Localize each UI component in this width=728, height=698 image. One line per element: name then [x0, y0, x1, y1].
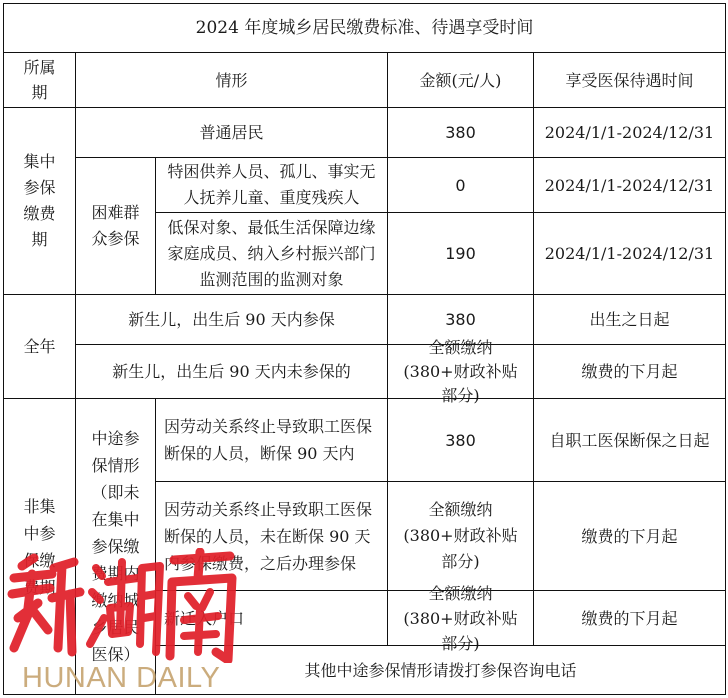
benefit-low-income: 2024/1/1-2024/12/31 — [533, 212, 726, 295]
situation-text: 因劳动关系终止导致职工医保断保的人员，断保 90 天内 — [164, 413, 382, 467]
situation-special-support: 特困供养人员、孤儿、事实无人抚养儿童、重度残疾人 — [155, 157, 388, 213]
period-full-year: 全年 — [3, 294, 76, 399]
situation-text: 新生儿，出生后 90 天内未参保的 — [112, 358, 351, 385]
header-amount: 金额(元/人) — [387, 52, 534, 108]
period-centralized: 集中参保缴费期 — [3, 107, 76, 295]
situation-text: 因劳动关系终止导致职工医保断保的人员，未在断保 90 天内参保缴费，之后办理参保 — [164, 496, 382, 577]
amount-text: 380 — [445, 306, 476, 333]
header-amount-text: 金额(元/人) — [420, 67, 502, 94]
situation-low-income: 低保对象、最低生活保障边缘家庭成员、纳入乡村振兴部门监测范围的监测对象 — [155, 212, 388, 295]
situation-newborn-insured: 新生儿，出生后 90 天内参保 — [75, 294, 388, 345]
benefit-text: 自职工医保断保之日起 — [546, 427, 714, 454]
table-title-text: 2024 年度城乡居民缴费标准、待遇享受时间 — [196, 15, 534, 42]
benefit-newborn-uninsured: 缴费的下月起 — [533, 344, 726, 399]
amount-text: 380 — [445, 427, 476, 454]
insurance-standards-table: 2024 年度城乡居民缴费标准、待遇享受时间 所属期 情形 金额(元/人) 享受… — [0, 0, 728, 698]
situation-new-household: 新迁入户口 — [155, 590, 388, 646]
benefit-break-after-90: 缴费的下月起 — [533, 481, 726, 591]
benefit-text: 出生之日起 — [589, 306, 669, 333]
period-non-centralized-text: 非集中参保缴费期 — [22, 493, 58, 601]
situation-break-after-90: 因劳动关系终止导致职工医保断保的人员，未在断保 90 天内参保缴费，之后办理参保 — [155, 481, 388, 591]
consult-note: 其他中途参保情形请拨打参保咨询电话 — [155, 645, 726, 695]
situation-text: 普通居民 — [199, 119, 263, 146]
header-situation: 情形 — [75, 52, 388, 108]
amount-special-support: 0 — [387, 157, 534, 213]
benefit-ordinary: 2024/1/1-2024/12/31 — [533, 107, 726, 158]
midway-label-text: 中途参保情形（即未在集中参保缴费期内缴纳城乡居民医保） — [88, 425, 144, 668]
amount-text: 190 — [445, 240, 476, 267]
benefit-text: 2024/1/1-2024/12/31 — [545, 172, 714, 199]
amount-text: 380 — [445, 119, 476, 146]
benefit-break-within-90: 自职工医保断保之日起 — [533, 398, 726, 482]
amount-break-within-90: 380 — [387, 398, 534, 482]
midway-label: 中途参保情形（即未在集中参保缴费期内缴纳城乡居民医保） — [75, 398, 156, 695]
situation-ordinary: 普通居民 — [75, 107, 388, 158]
benefit-special-support: 2024/1/1-2024/12/31 — [533, 157, 726, 213]
situation-break-within-90: 因劳动关系终止导致职工医保断保的人员，断保 90 天内 — [155, 398, 388, 482]
period-non-centralized: 非集中参保缴费期 — [3, 398, 76, 695]
situation-newborn-uninsured: 新生儿，出生后 90 天内未参保的 — [75, 344, 388, 399]
benefit-new-household: 缴费的下月起 — [533, 590, 726, 646]
benefit-text: 2024/1/1-2024/12/31 — [545, 119, 714, 146]
consult-note-text: 其他中途参保情形请拨打参保咨询电话 — [304, 657, 576, 684]
period-full-year-text: 全年 — [23, 333, 55, 360]
amount-text: 全额缴纳(380+财政补贴部分) — [400, 497, 522, 575]
difficult-group-label: 困难群众参保 — [75, 157, 156, 295]
header-situation-text: 情形 — [215, 67, 247, 94]
header-period-text: 所属期 — [18, 55, 62, 105]
amount-newborn-uninsured: 全额缴纳(380+财政补贴部分) — [387, 344, 534, 399]
situation-text: 低保对象、最低生活保障边缘家庭成员、纳入乡村振兴部门监测范围的监测对象 — [164, 215, 380, 293]
amount-text: 0 — [455, 172, 465, 199]
benefit-text: 缴费的下月起 — [581, 523, 677, 550]
amount-low-income: 190 — [387, 212, 534, 295]
benefit-text: 2024/1/1-2024/12/31 — [545, 240, 714, 267]
benefit-newborn-insured: 出生之日起 — [533, 294, 726, 345]
table-title: 2024 年度城乡居民缴费标准、待遇享受时间 — [3, 3, 726, 53]
difficult-group-text: 困难群众参保 — [88, 200, 144, 252]
situation-text: 新迁入户口 — [164, 605, 244, 632]
amount-text: 全额缴纳(380+财政补贴部分) — [400, 336, 522, 408]
amount-break-after-90: 全额缴纳(380+财政补贴部分) — [387, 481, 534, 591]
situation-text: 新生儿，出生后 90 天内参保 — [128, 306, 335, 333]
benefit-text: 缴费的下月起 — [581, 605, 677, 632]
period-centralized-text: 集中参保缴费期 — [22, 149, 58, 253]
header-period: 所属期 — [3, 52, 76, 108]
header-benefit-time-text: 享受医保待遇时间 — [565, 67, 693, 94]
situation-text: 特困供养人员、孤儿、事实无人抚养儿童、重度残疾人 — [164, 159, 380, 211]
benefit-text: 缴费的下月起 — [581, 358, 677, 385]
amount-ordinary: 380 — [387, 107, 534, 158]
amount-new-household: 全额缴纳(380+财政补贴部分) — [387, 590, 534, 646]
header-benefit-time: 享受医保待遇时间 — [533, 52, 726, 108]
